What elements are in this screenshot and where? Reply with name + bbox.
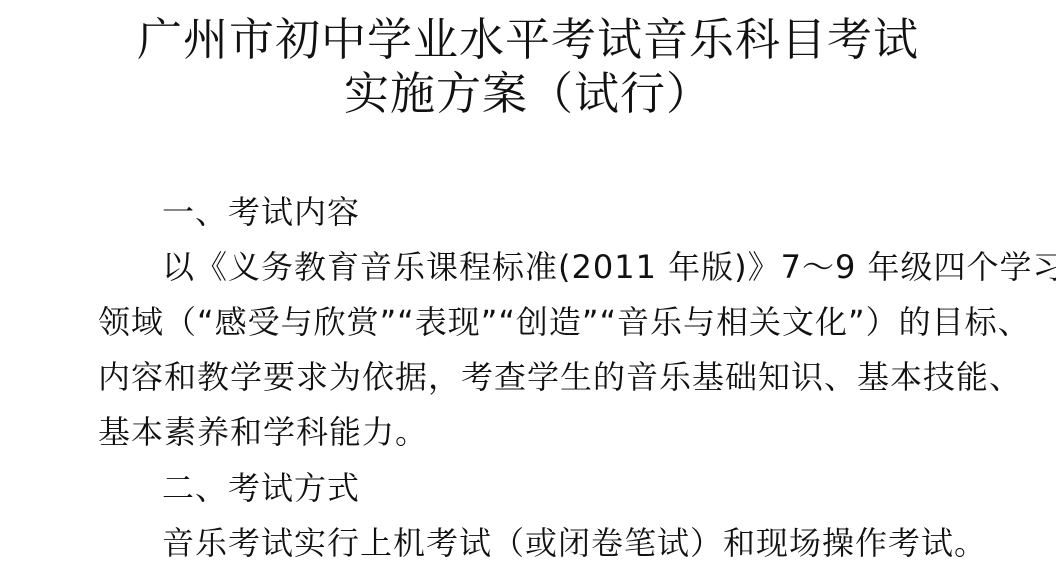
paragraph-line: 音乐考试实行上机考试（或闭卷笔试）和现场操作考试。 <box>162 523 987 563</box>
paragraph-line: 领域（“感受与欣赏”“表现”“创造”“音乐与相关文化”）的目标、 <box>98 302 1031 342</box>
document-title-line-1: 广州市初中学业水平考试音乐科目考试 <box>0 14 1056 66</box>
section-heading-exam-content: 一、考试内容 <box>162 192 360 232</box>
paragraph-line: 基本素养和学科能力。 <box>98 412 428 452</box>
paragraph-line: 内容和教学要求为依据，考查学生的音乐基础知识、基本技能、 <box>98 357 1022 397</box>
document-title-line-2: 实施方案（试行） <box>0 68 1056 120</box>
paragraph-line: 以《义务教育音乐课程标准(2011 年版)》7～9 年级四个学习 <box>162 247 1056 287</box>
section-heading-exam-method: 二、考试方式 <box>162 468 360 508</box>
